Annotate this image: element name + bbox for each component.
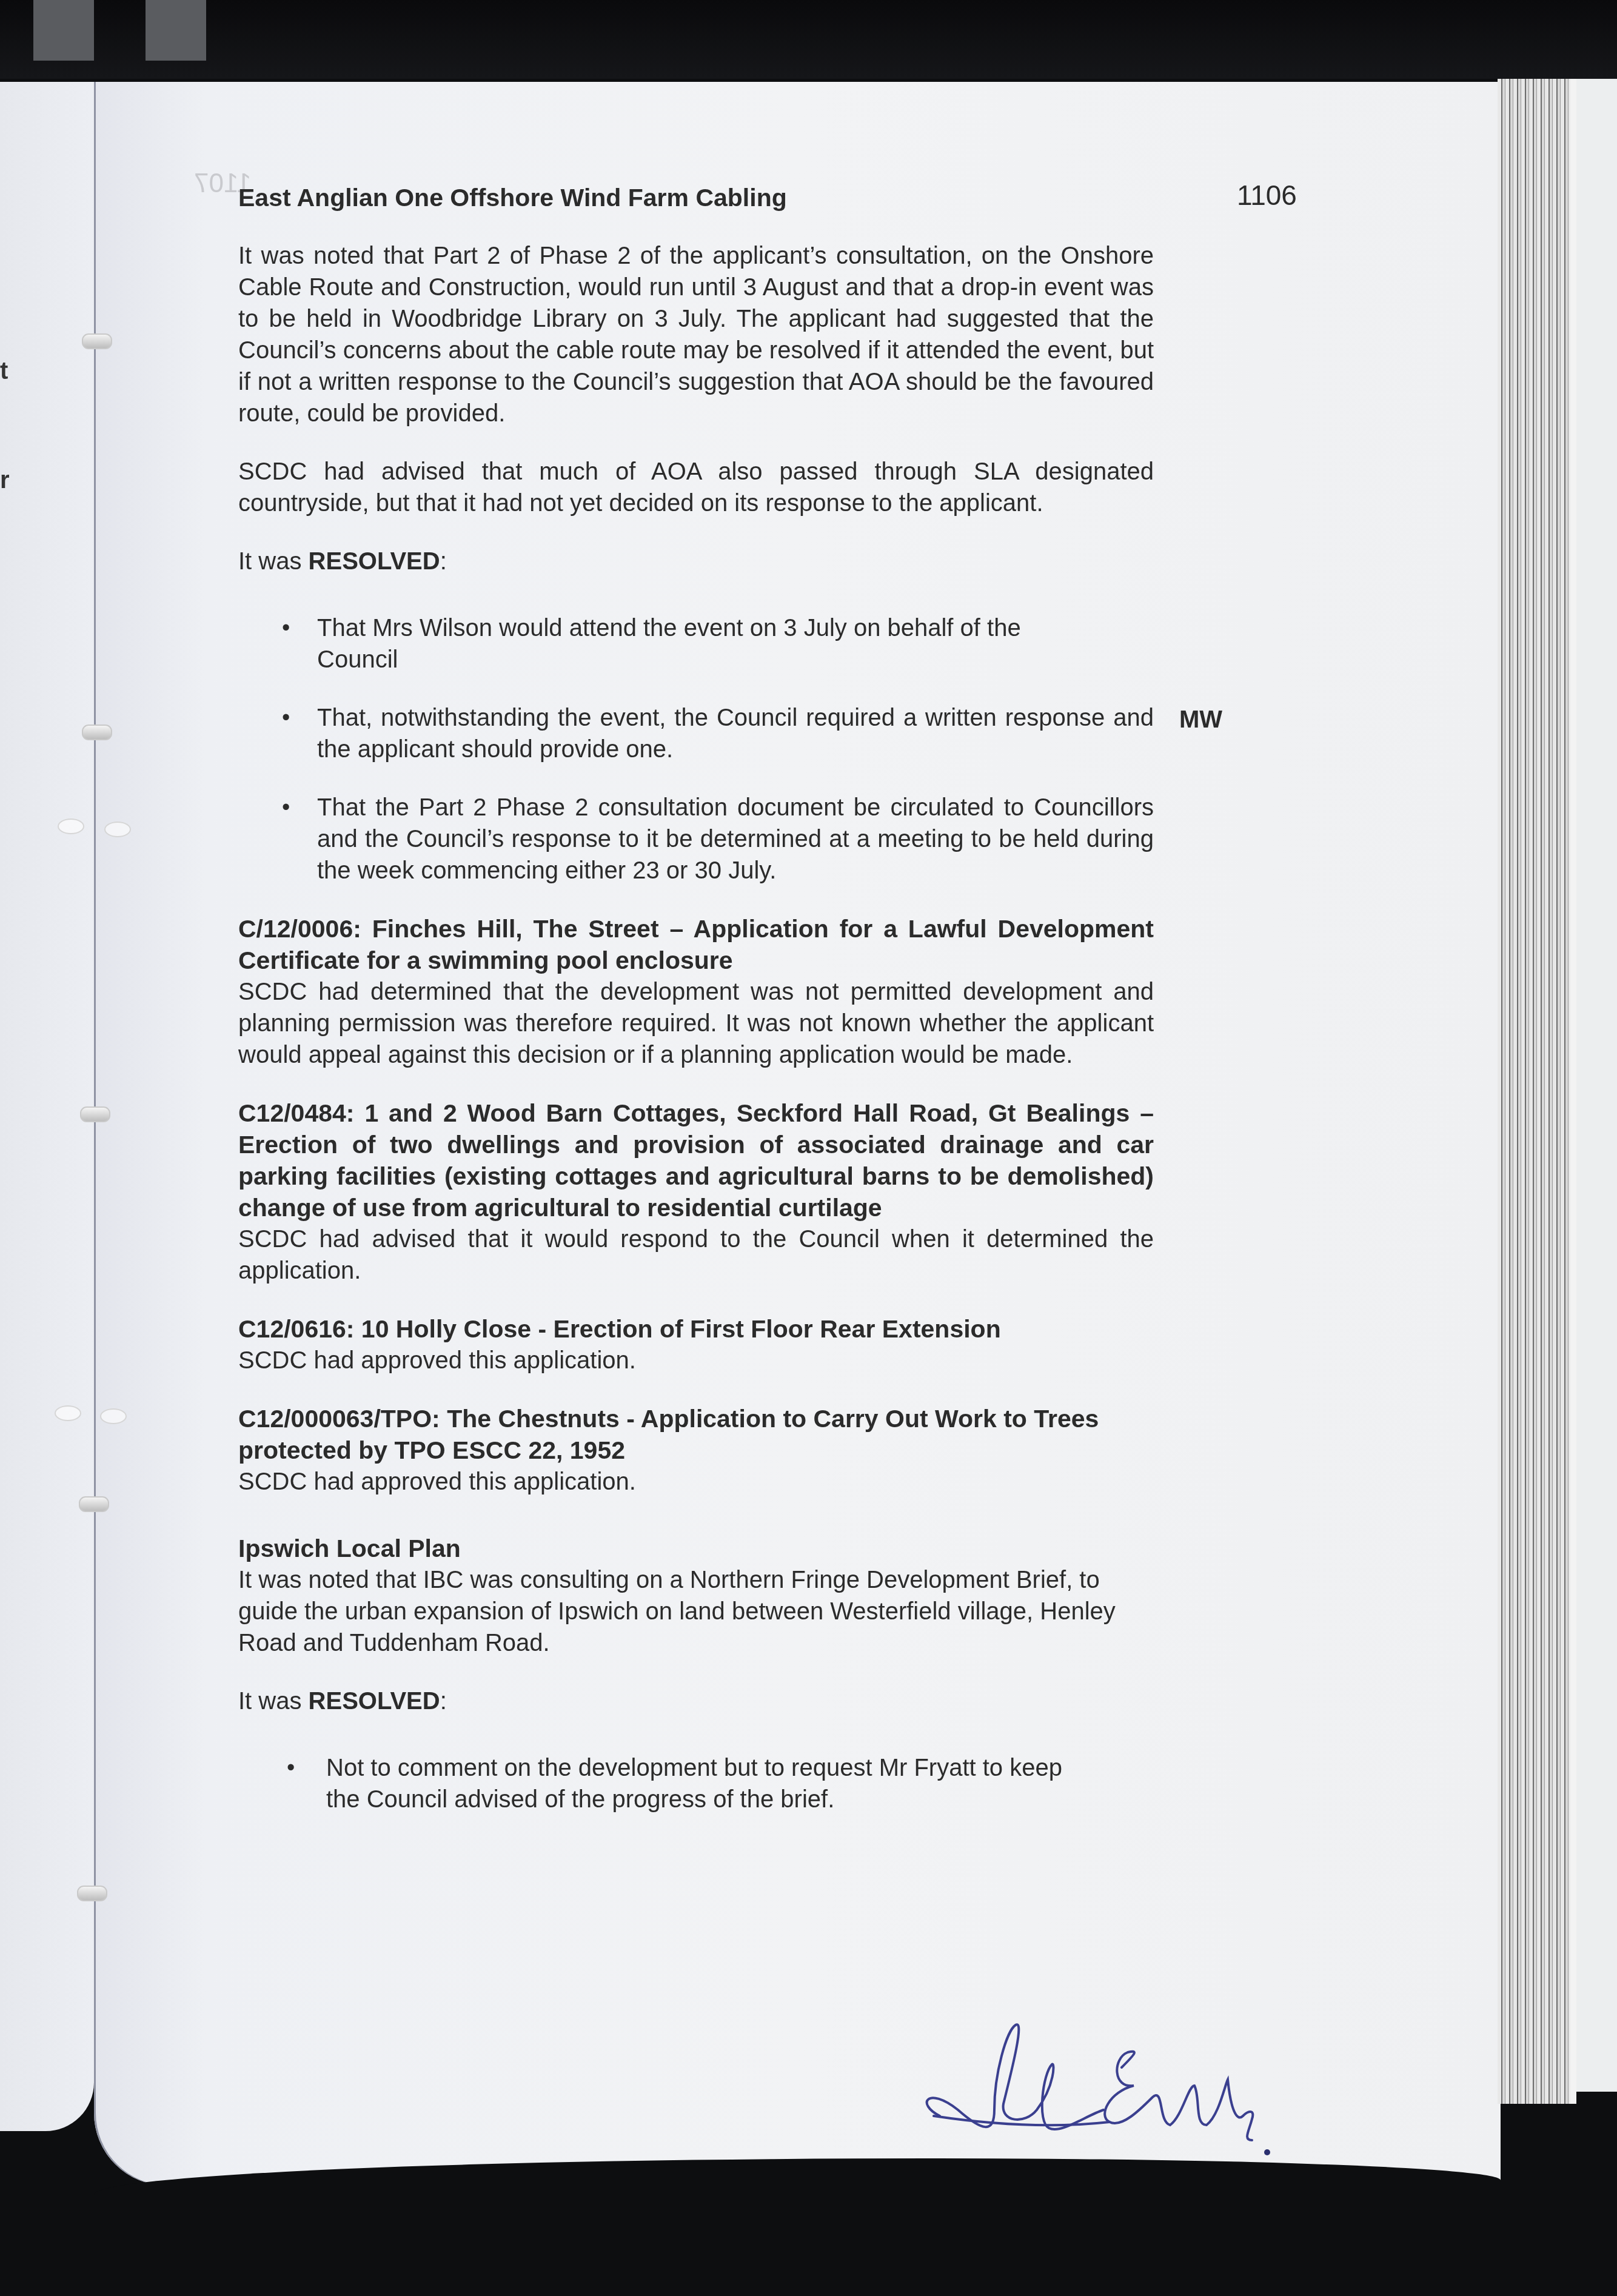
section-heading: C12/0484: 1 and 2 Wood Barn Cottages, Se… [238,1097,1154,1223]
paragraph: It was noted that Part 2 of Phase 2 of t… [238,240,1154,429]
section-east-anglian-one: East Anglian One Offshore Wind Farm Cabl… [238,182,1154,886]
left-facing-page: t r [0,82,94,2131]
action-initials: MW [1179,706,1222,734]
resolved-prefix: It was [238,548,309,575]
bullet-icon: • [287,1752,295,1784]
resolved-suffix: : [440,548,447,575]
resolution-item: • That Mrs Wilson would attend the event… [238,612,1154,675]
binding-ring-icon [82,725,112,740]
binder-tab [146,0,206,61]
resolution-text: Not to comment on the development but to… [326,1755,1062,1813]
left-page-fragment: r [0,467,10,494]
page-stack-edge [1498,79,1576,2104]
binding-ring-icon [82,333,112,349]
bullet-icon: • [282,792,290,823]
section-heading: C12/000063/TPO: The Chestnuts - Applicat… [238,1403,1154,1466]
resolution-text: That the Part 2 Phase 2 consultation doc… [317,794,1154,884]
resolution-list: • Not to comment on the development but … [238,1752,1154,1815]
resolved-line: It was RESOLVED: [238,546,1154,577]
section-ipswich-local-plan: Ipswich Local Plan It was noted that IBC… [238,1533,1154,1815]
resolution-text: That Mrs Wilson would attend the event o… [317,612,1081,675]
binding-ring-icon [80,1106,110,1122]
binder-top-edge [0,0,1617,79]
left-page-fragment: t [0,358,8,385]
punch-hole-icon [55,1405,81,1421]
resolution-item: • Not to comment on the development but … [238,1752,1154,1815]
resolved-suffix: : [440,1688,447,1715]
section-the-chestnuts: C12/000063/TPO: The Chestnuts - Applicat… [238,1403,1154,1498]
binding-ring-icon [77,1886,107,1901]
punch-hole-icon [100,1408,127,1424]
paragraph: SCDC had determined that the development… [238,976,1154,1071]
paragraph: It was noted that IBC was consulting on … [238,1564,1154,1659]
section-holly-close: C12/0616: 10 Holly Close - Erection of F… [238,1313,1154,1376]
back-cover-edge [1576,79,1617,2092]
paragraph: SCDC had approved this application. [238,1345,1154,1376]
section-heading: East Anglian One Offshore Wind Farm Cabl… [238,182,1154,213]
section-wood-barn-cottages: C12/0484: 1 and 2 Wood Barn Cottages, Se… [238,1097,1154,1287]
resolved-prefix: It was [238,1688,309,1715]
paragraph: SCDC had advised that it would respond t… [238,1223,1154,1287]
punch-hole-icon [58,818,84,834]
bullet-icon: • [282,612,290,644]
section-heading: C/12/0006: Finches Hill, The Street – Ap… [238,913,1154,976]
resolution-text: That, notwithstanding the event, the Cou… [317,705,1154,763]
resolution-item: • That, notwithstanding the event, the C… [238,702,1154,765]
punch-hole-icon [104,822,131,837]
binder-tab [33,0,94,61]
resolved-keyword: RESOLVED [309,548,440,575]
section-heading: C12/0616: 10 Holly Close - Erection of F… [238,1313,1154,1345]
resolution-list: • That Mrs Wilson would attend the event… [238,612,1154,886]
paragraph: SCDC had approved this application. [238,1466,1154,1498]
resolved-keyword: RESOLVED [309,1688,440,1715]
section-finches-hill: C/12/0006: Finches Hill, The Street – Ap… [238,913,1154,1071]
page-number: 1106 [1237,179,1297,212]
binding-ring-icon [79,1496,109,1512]
paragraph: SCDC had advised that much of AOA also p… [238,456,1154,519]
minutes-content: East Anglian One Offshore Wind Farm Cabl… [238,182,1154,1815]
handwritten-signature-icon [903,2019,1437,2164]
section-heading: Ipswich Local Plan [238,1533,1154,1564]
resolution-item: • That the Part 2 Phase 2 consultation d… [238,792,1154,886]
bullet-icon: • [282,702,290,734]
resolved-line: It was RESOLVED: [238,1685,1154,1717]
